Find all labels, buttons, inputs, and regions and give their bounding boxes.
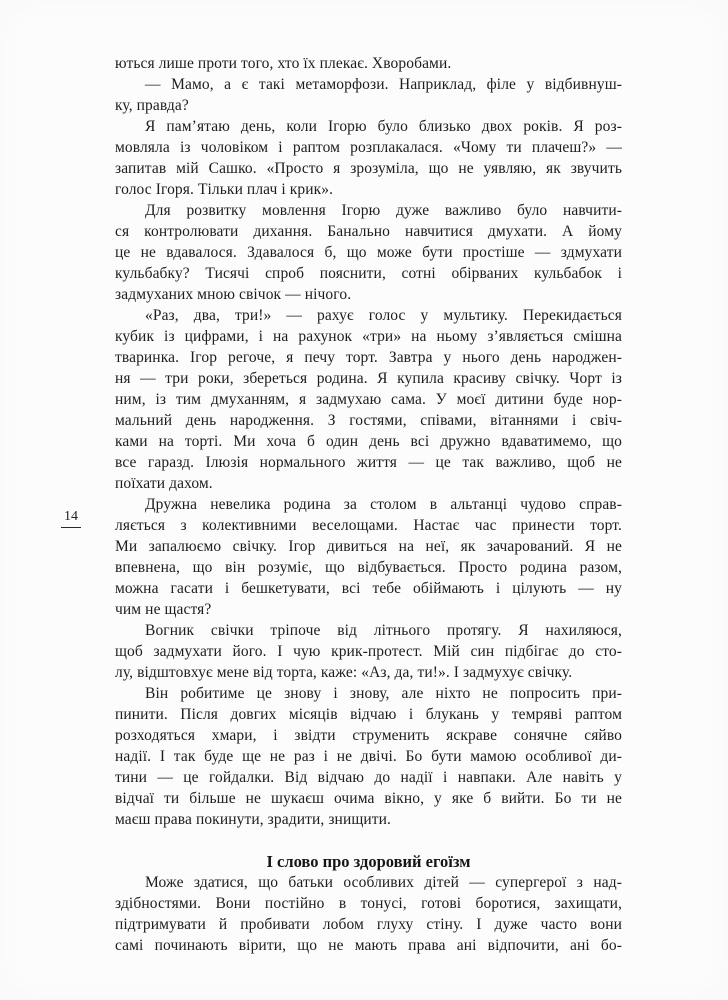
text-line: кульбабку? Тисячі спроб пояснити, сотні … — [115, 263, 622, 284]
text-line: тваринка. Ігор регоче, я печу торт. Завт… — [115, 347, 622, 368]
text-line: Я пам’ятаю день, коли Ігорю було близько… — [115, 116, 622, 137]
body-paragraph-lines: Може здатися, що батьки особливих дітей … — [115, 872, 622, 956]
text-line: ся контролювати дихання. Банально навчит… — [115, 221, 622, 242]
text-line: ляється з колективними веселощами. Наста… — [115, 515, 622, 536]
text-line: голос Ігоря. Тільки плач і крик». — [115, 179, 622, 200]
text-line: мовляла із чоловіком і раптом розплакала… — [115, 137, 622, 158]
text-line: Ми запалюємо свічку. Ігор дивиться на не… — [115, 536, 622, 557]
text-line: підтримувати й пробивати лобом глуху сті… — [115, 914, 622, 935]
text-line: поїхати дахом. — [115, 473, 622, 494]
text-line: кубик із цифрами, і на рахунок «три» на … — [115, 326, 622, 347]
book-page: 14 ються лише проти того, хто їх плекає.… — [0, 0, 728, 1000]
text-line: ються лише проти того, хто їх плекає. Хв… — [115, 53, 622, 74]
text-line: ним, із тим дмуханням, я задмухаю сама. … — [115, 389, 622, 410]
text-line: Може здатися, що батьки особливих дітей … — [115, 872, 622, 893]
text-line: здібностями. Вони постійно в тонусі, гот… — [115, 893, 622, 914]
text-line: задмуханих мною свічок — нічого. — [115, 284, 622, 305]
text-line: запитав мій Сашко. «Просто я зрозуміла, … — [115, 158, 622, 179]
page-number: 14 — [61, 509, 81, 528]
text-line: це не вдавалося. Здавалося б, що може бу… — [115, 242, 622, 263]
text-line: тини — це гойдалки. Від відчаю до надії … — [115, 767, 622, 788]
text-line: пинити. Після довгих місяців відчаю і бл… — [115, 704, 622, 725]
section-heading: І слово про здоровий егоїзм — [115, 851, 622, 872]
text-line: Для розвитку мовлення Ігорю дуже важливо… — [115, 200, 622, 221]
text-line: мальний день народження. З гостями, спів… — [115, 410, 622, 431]
text-line: Дружна невелика родина за столом в альта… — [115, 494, 622, 515]
text-line: ку, правда? — [115, 95, 622, 116]
text-line: все гаразд. Ілюзія нормального життя — ц… — [115, 452, 622, 473]
text-line: — Мамо, а є такі метаморфози. Наприклад,… — [115, 74, 622, 95]
body-paragraph-lines: ються лише проти того, хто їх плекає. Хв… — [115, 53, 622, 830]
text-line: Він робитиме це знову і знову, але ніхто… — [115, 683, 622, 704]
text-line: відчаї ти більше не шукаєш очима вікно, … — [115, 788, 622, 809]
text-line: маєш права покинути, зрадити, знищити. — [115, 809, 622, 830]
text-line: самі починають вірити, що не мають права… — [115, 935, 622, 956]
body-text: ються лише проти того, хто їх плекає. Хв… — [115, 53, 622, 956]
text-line: щоб задмухати його. І чую крик-протест. … — [115, 641, 622, 662]
text-line: ня — три роки, збереться родина. Я купил… — [115, 368, 622, 389]
text-line: надії. І так буде ще не раз і не двічі. … — [115, 746, 622, 767]
text-line: розходяться хмари, і звідти струменить я… — [115, 725, 622, 746]
text-line: впевнена, що він розуміє, що відбуваєтьс… — [115, 557, 622, 578]
text-line: лу, відштовхує мене від торта, каже: «Аз… — [115, 662, 622, 683]
text-line: чим не щастя? — [115, 599, 622, 620]
text-line: Вогник свічки тріпоче від літнього протя… — [115, 620, 622, 641]
text-line: «Раз, два, три!» — рахує голос у мультик… — [115, 305, 622, 326]
text-line: можна гасати і бешкетувати, всі тебе обі… — [115, 578, 622, 599]
text-line: ками на торті. Ми хоча б один день всі д… — [115, 431, 622, 452]
